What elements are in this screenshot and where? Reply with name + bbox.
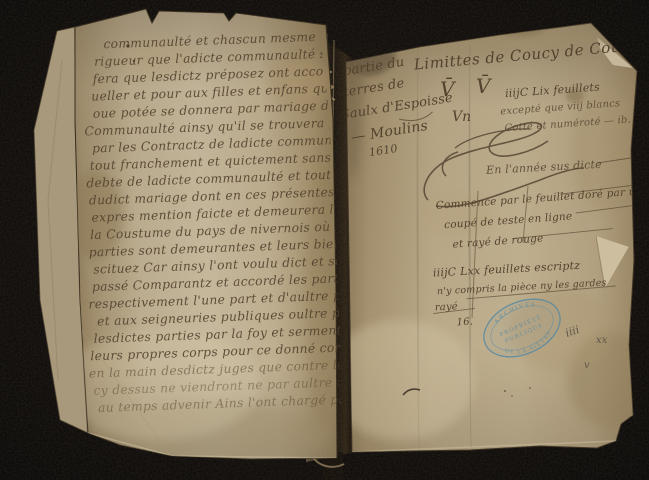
manuscript-scene: communaulté et chascun mesme bien de la …	[0, 0, 649, 480]
manuscript-photo: communaulté et chascun mesme bien de la …	[0, 0, 649, 480]
